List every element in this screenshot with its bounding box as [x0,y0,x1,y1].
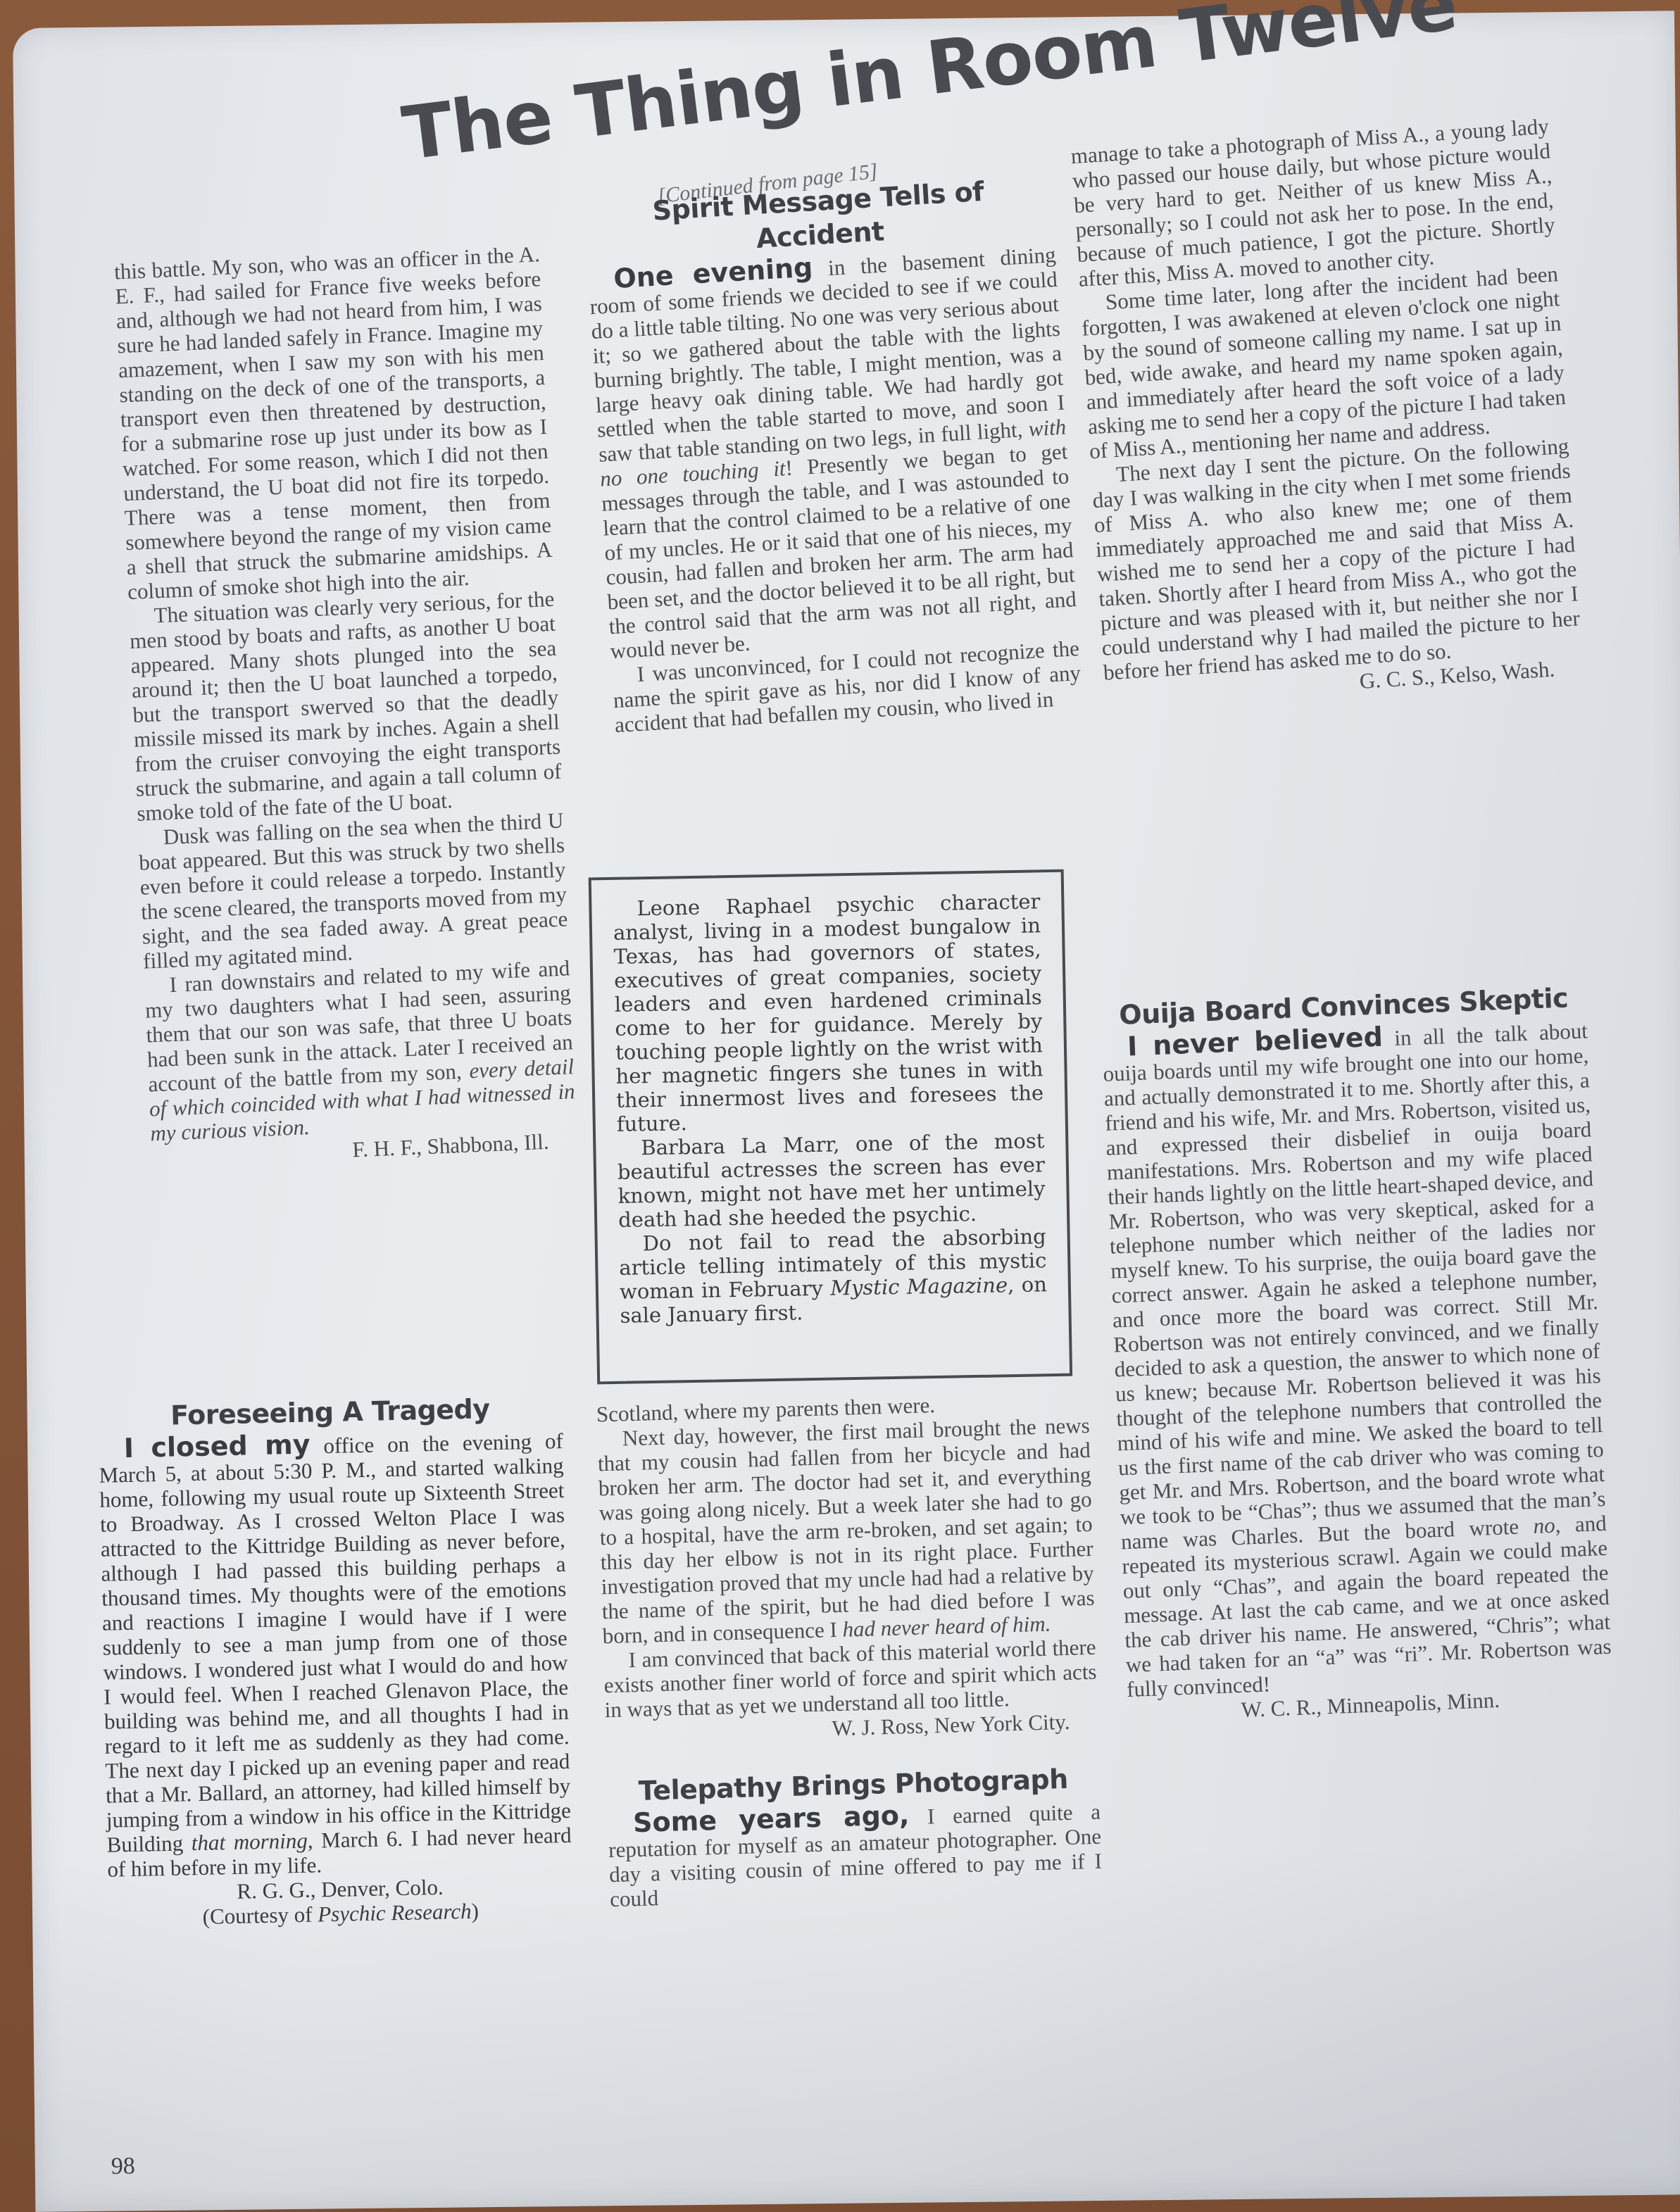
advertisement-box: Leone Raphael psychic character analyst,… [589,869,1072,1385]
article-heading: Foreseeing A Tragedy [97,1390,563,1434]
magazine-page: The Thing in Room Twelve [Continued from… [13,11,1680,2212]
ad-paragraph: Leone Raphael psychic character analyst,… [613,889,1044,1136]
ad-paragraph: Do not fail to read the absorbing articl… [618,1224,1047,1328]
paragraph: manage to take a photograph of Miss A., … [1070,114,1557,291]
ad-paragraph: Barbara La Marr, one of the most beautif… [617,1129,1046,1232]
paragraph: this battle. My son, who was an officer … [113,241,553,604]
article-spirit-message-continued: Scotland, where my parents then were. Ne… [596,1388,1103,1911]
paragraph: I never believed in all the talk about o… [1102,1017,1613,1702]
article-ouija-board: Ouija Board Convinces Skeptic I never be… [1101,980,1614,1726]
paragraph: Some time later, long after the incident… [1079,261,1568,463]
article-telepathy-continued: manage to take a photograph of Miss A., … [1070,114,1584,710]
paragraph: Some years ago, I earned quite a reputat… [608,1798,1103,1911]
paragraph: I ran downstairs and related to my wife … [144,955,577,1145]
paragraph: I closed my office on the evening of Mar… [99,1427,572,1882]
paragraph: Next day, however, the first mail brough… [596,1413,1096,1648]
paragraph: Dusk was falling on the sea when the thi… [137,807,569,973]
page-number: 98 [111,2153,135,2180]
paragraph: The situation was clearly very serious, … [128,586,563,826]
article-spirit-message: Spirit Message Tells of Accident One eve… [584,170,1083,737]
magazine-name: Mystic Magazine [830,1273,1008,1300]
paragraph: I am convinced that back of this materia… [603,1635,1098,1723]
article-foreseeing-a-tragedy: Foreseeing A Tragedy I closed my office … [97,1390,573,1931]
paragraph: The next day I sent the picture. On the … [1090,434,1581,685]
column-1-vision-story: this battle. My son, who was an officer … [113,241,577,1170]
paragraph: One evening in the basement dining room … [588,241,1079,663]
